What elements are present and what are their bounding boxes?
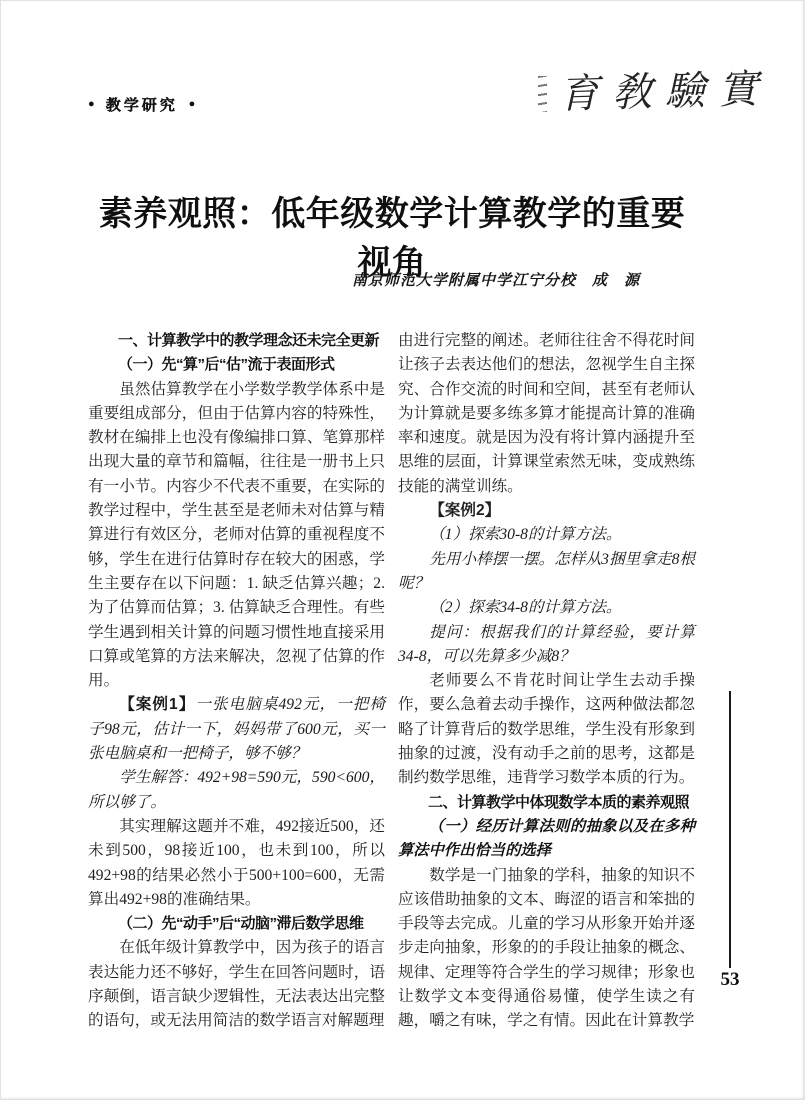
body-paragraph: 在低年级计算教学中，因为孩子的语言表达能力还不够好，学生在回答问题时，语序颠倒，… [88, 936, 385, 1033]
left-column: 一、计算教学中的教学理念还未完全更新 （一）先“算”后“估”流于表面形式 虽然估… [88, 329, 385, 1034]
case-paragraph: 先用小棒摆一摆。怎样从3捆里拿走8根呢？ [398, 548, 695, 597]
body-paragraph: 虽然估算教学在小学数学教学体系中是重要组成部分，但由于估算内容的特殊性，教材在编… [88, 378, 385, 694]
section-heading: 一、计算教学中的教学理念还未完全更新 [88, 329, 385, 353]
calligraphy-text: 育敎驗實 [558, 63, 771, 121]
body-paragraph: 老师要么不肯花时间让学生去动手操作，要么急着去动手操作，这两种做法都忽略了计算背… [398, 669, 695, 790]
article-body: 一、计算教学中的教学理念还未完全更新 （一）先“算”后“估”流于表面形式 虽然估… [88, 329, 696, 1034]
case-paragraph: 【案例1】一张电脑桌492元，一把椅子98元，估计一下，妈妈带了600元，买一张… [88, 693, 385, 766]
right-column: 由进行完整的阐述。老师往往舍不得花时间让孩子去表达他们的想法，忽视学生自主探究、… [398, 329, 695, 1034]
journal-page: ● 教学研究 ● 育敎驗實 素养观照：低年级数学计算教学的重要视角 南京师范大学… [0, 0, 805, 1100]
journal-calligraphy-logo: 育敎驗實 [538, 66, 771, 118]
case-paragraph: （2）探索34-8的计算方法。 [398, 596, 695, 620]
case-paragraph: 提问：根据我们的计算经验，要计算34-8，可以先算多少减8？ [398, 621, 695, 670]
body-paragraph-continuation: 由进行完整的阐述。老师往往舍不得花时间让孩子去表达他们的想法，忽视学生自主探究、… [398, 329, 695, 499]
sub-heading: （一）经历计算法则的抽象以及在多种算法中作出恰当的选择 [398, 815, 695, 864]
case-paragraph: 学生解答：492+98=590元，590<600，所以够了。 [88, 766, 385, 815]
page-number: 53 [702, 969, 758, 991]
case-label: 【案例2】 [398, 499, 695, 523]
calligraphy-signature-mark [538, 76, 547, 112]
sub-heading: （二）先“动手”后“动脑”滞后数学思维 [88, 912, 385, 936]
author-affiliation: 南京师范大学附属中学江宁分校 成 源 [88, 269, 696, 290]
sub-heading: （一）先“算”后“估”流于表面形式 [88, 353, 385, 377]
section-title: 教学研究 [106, 94, 178, 115]
body-paragraph: 其实理解这题并不难，492接近500，还未到500，98接近100，也未到100… [88, 815, 385, 912]
section-heading: 二、计算教学中体现数学本质的素养观照 [398, 791, 695, 815]
body-paragraph: 数学是一门抽象的学科，抽象的知识不应该借助抽象的文本、晦涩的语言和笨拙的手段等去… [398, 864, 695, 1034]
bullet-icon: ● [189, 99, 196, 110]
bullet-icon: ● [88, 99, 95, 110]
case-label: 【案例1】 [119, 696, 195, 713]
section-header: ● 教学研究 ● [88, 94, 195, 115]
margin-rule [729, 691, 731, 968]
case-paragraph: （1）探索30-8的计算方法。 [398, 523, 695, 547]
